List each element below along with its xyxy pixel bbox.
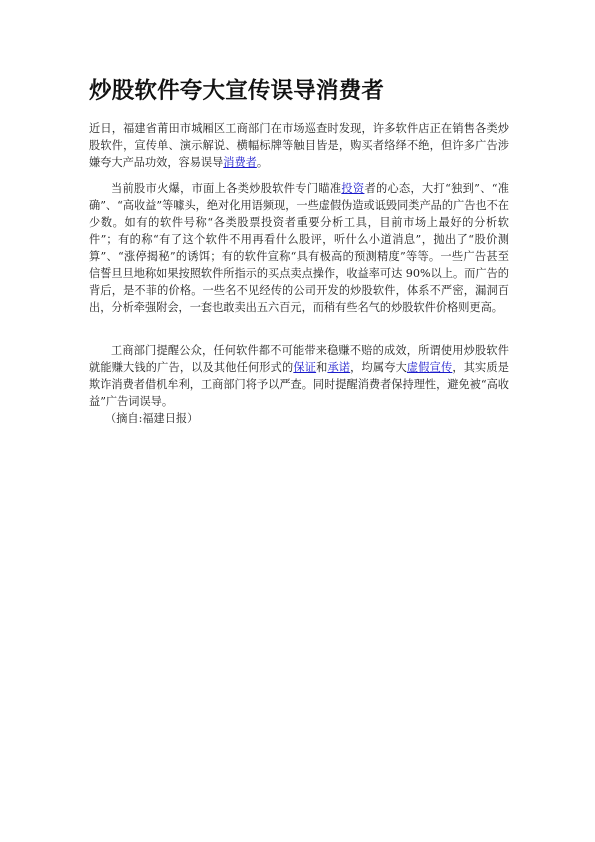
text-segment: 。	[257, 156, 268, 169]
text-segment: 当前股市火爆，市面上各类炒股软件专门瞄准	[111, 182, 341, 195]
paragraph-3: 工商部门提醒公众，任何软件都不可能带来稳赚不赔的成效，所谓使用炒股软件就能赚大钱…	[89, 342, 509, 410]
link-consumer[interactable]: 消费者	[223, 156, 257, 169]
text-segment: 近日，福建省莆田市城厢区工商部门在市场巡查时发现，许多软件店正在销售各类炒股软件…	[89, 122, 509, 169]
link-false-advertising[interactable]: 虚假宣传	[407, 361, 452, 374]
text-segment: 和	[316, 361, 327, 374]
paragraph-2: 当前股市火爆，市面上各类炒股软件专门瞄准投资者的心态，大打“独到”、“准确”、“…	[89, 180, 509, 316]
text-segment: 者的心态，大打“独到”、“准确”、“高收益”等噱头，绝对化用语频现，一些虚假伪造…	[89, 182, 509, 314]
text-segment: ，均属夸大	[350, 361, 407, 374]
link-investment[interactable]: 投资	[341, 182, 364, 195]
link-guarantee[interactable]: 保证	[293, 361, 316, 374]
paragraph-1: 近日，福建省莆田市城厢区工商部门在市场巡查时发现，许多软件店正在销售各类炒股软件…	[89, 120, 509, 171]
article-title: 炒股软件夸大宣传误导消费者	[89, 73, 384, 105]
link-promise[interactable]: 承诺	[327, 361, 350, 374]
document-page: 炒股软件夸大宣传误导消费者 近日，福建省莆田市城厢区工商部门在市场巡查时发现，许…	[0, 0, 595, 842]
article-source: （摘自:福建日报）	[105, 410, 198, 426]
